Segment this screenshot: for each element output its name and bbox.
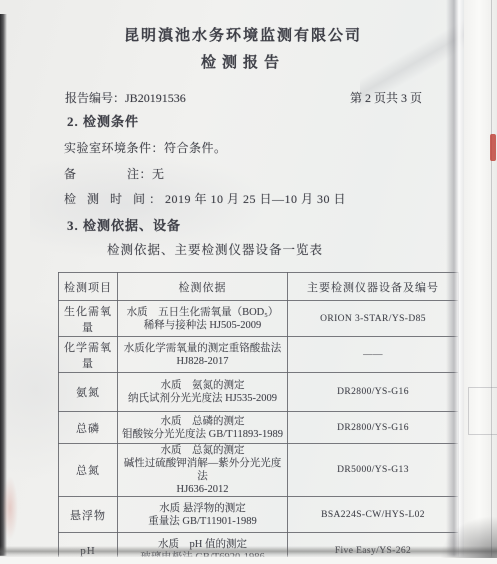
basis-line: 重量法 GB/T11901-1989 (120, 515, 285, 528)
remark-value: 无 (152, 167, 165, 181)
cell-basis: 水质 悬浮物的测定重量法 GB/T11901-1989 (118, 497, 288, 533)
basis-line: HJ636-2012 (120, 483, 285, 496)
lab-environment-line: 实验室环境条件：符合条件。 (64, 139, 227, 156)
basis-line: 水质 总磷的测定 (120, 415, 285, 428)
scanner-dark-edge-left (0, 14, 7, 556)
table-row: 总氮 水质 总氮的测定碱性过硫酸钾消解—紫外分光光度法HJ636-2012 DR… (59, 444, 459, 497)
table-caption: 检测依据、主要检测仪器设备一览表 (107, 240, 323, 258)
basis-line: 水质 五日生化需氧量（BOD₅） (120, 306, 285, 319)
basis-line: 纳氏试剂分光光度法 HJ535-2009 (120, 392, 285, 405)
table-row: 化学需氧量 水质化学需氧量的测定重铬酸盐法HJ828-2017 —— (59, 337, 459, 373)
basis-line: 水质 悬浮物的测定 (120, 502, 285, 515)
red-stain (2, 476, 18, 540)
header-test-basis: 检测依据 (118, 273, 288, 301)
cell-basis: 水质 总磷的测定钼酸铵分光光度法 GB/T11893-1989 (118, 412, 288, 444)
cell-item: 生化需氧量 (59, 301, 118, 337)
cell-item: 总氮 (59, 444, 118, 497)
section-3-heading: 3. 检测依据、设备 (67, 215, 181, 234)
basis-line: HJ828-2017 (120, 355, 285, 368)
adjacent-page-edge (464, 0, 497, 564)
test-time-line: 检 测 时 间：2019 年 10 月 25 日—10 月 30 日 (64, 190, 346, 207)
basis-line: 钼酸铵分光光度法 GB/T11893-1989 (120, 428, 285, 441)
table-row: 氨氮 水质 氨氮的测定纳氏试剂分光光度法 HJ535-2009 DR2800/Y… (59, 373, 459, 412)
red-stamp-mark (490, 134, 496, 161)
company-name: 昆明滇池水务环境监测有限公司 (8, 24, 478, 45)
cell-item: 总磷 (59, 412, 118, 444)
underpage-table-lines (468, 387, 497, 435)
cell-basis: 水质化学需氧量的测定重铬酸盐法HJ828-2017 (118, 337, 288, 373)
cell-device: ORION 3-STAR/YS-D85 (288, 301, 459, 337)
scanned-document: 昆明滇池水务环境监测有限公司 检测报告 报告编号：JB20191536 第 2 … (0, 0, 497, 564)
remark-line: 备注：无 (64, 165, 165, 182)
bottom-right-corner-shadow (440, 516, 497, 558)
section-2-heading: 2. 检测条件 (67, 111, 139, 130)
report-meta-row: 报告编号：JB20191536 第 2 页共 3 页 (65, 89, 422, 106)
adjacent-page-line (491, 0, 492, 564)
cell-item: 氨氮 (59, 373, 118, 412)
report-number-value: JB20191536 (125, 91, 186, 105)
basis-equipment-table-wrap: 检测项目 检测依据 主要检测仪器设备及编号 生化需氧量 水质 五日生化需氧量（B… (58, 272, 459, 564)
basis-line: 碱性过硫酸钾消解—紫外分光光度法 (120, 457, 285, 483)
test-time-label: 检 测 时 间： (64, 192, 165, 206)
cell-item: 悬浮物 (59, 497, 118, 533)
header-equipment: 主要检测仪器设备及编号 (288, 273, 459, 301)
test-time-value: 2019 年 10 月 25 日—10 月 30 日 (165, 192, 346, 206)
basis-line: 水质 氨氮的测定 (120, 379, 285, 392)
lab-environment-label: 实验室环境条件： (64, 141, 164, 155)
report-title: 检测报告 (8, 51, 478, 72)
basis-equipment-table: 检测项目 检测依据 主要检测仪器设备及编号 生化需氧量 水质 五日生化需氧量（B… (58, 272, 459, 564)
cell-device: DR2800/YS-G16 (288, 412, 459, 444)
cell-device: DR2800/YS-G16 (288, 373, 459, 412)
basis-line: 水质 总氮的测定 (120, 444, 285, 457)
basis-line: 稀释与接种法 HJ505-2009 (120, 319, 285, 332)
table-row: 生化需氧量 水质 五日生化需氧量（BOD₅）稀释与接种法 HJ505-2009 … (59, 301, 459, 337)
remark-label-left: 备 (64, 165, 127, 182)
header-test-item: 检测项目 (59, 273, 118, 301)
cell-basis: 水质 氨氮的测定纳氏试剂分光光度法 HJ535-2009 (118, 373, 288, 412)
remark-label-right: 注： (127, 167, 152, 181)
table-header-row: 检测项目 检测依据 主要检测仪器设备及编号 (59, 273, 459, 301)
page-indicator: 第 2 页共 3 页 (350, 89, 422, 106)
report-number-label: 报告编号： (65, 91, 125, 105)
cell-basis: 水质 总氮的测定碱性过硫酸钾消解—紫外分光光度法HJ636-2012 (118, 444, 288, 497)
cell-item: 化学需氧量 (59, 337, 118, 373)
page-fold-right (446, 0, 465, 564)
lab-environment-value: 符合条件。 (164, 141, 227, 155)
cell-device: —— (288, 337, 459, 373)
report-number: 报告编号：JB20191536 (65, 89, 186, 106)
table-row: 总磷 水质 总磷的测定钼酸铵分光光度法 GB/T11893-1989 DR280… (59, 412, 459, 444)
scan-background-bottom (0, 557, 497, 564)
cell-basis: 水质 五日生化需氧量（BOD₅）稀释与接种法 HJ505-2009 (118, 301, 288, 337)
table-row: 悬浮物 水质 悬浮物的测定重量法 GB/T11901-1989 BSA224S-… (59, 497, 459, 533)
cell-device: BSA224S-CW/HYS-L02 (288, 497, 459, 533)
basis-line: 水质化学需氧量的测定重铬酸盐法 (120, 342, 285, 355)
cell-device: DR5000/YS-G13 (288, 444, 459, 497)
